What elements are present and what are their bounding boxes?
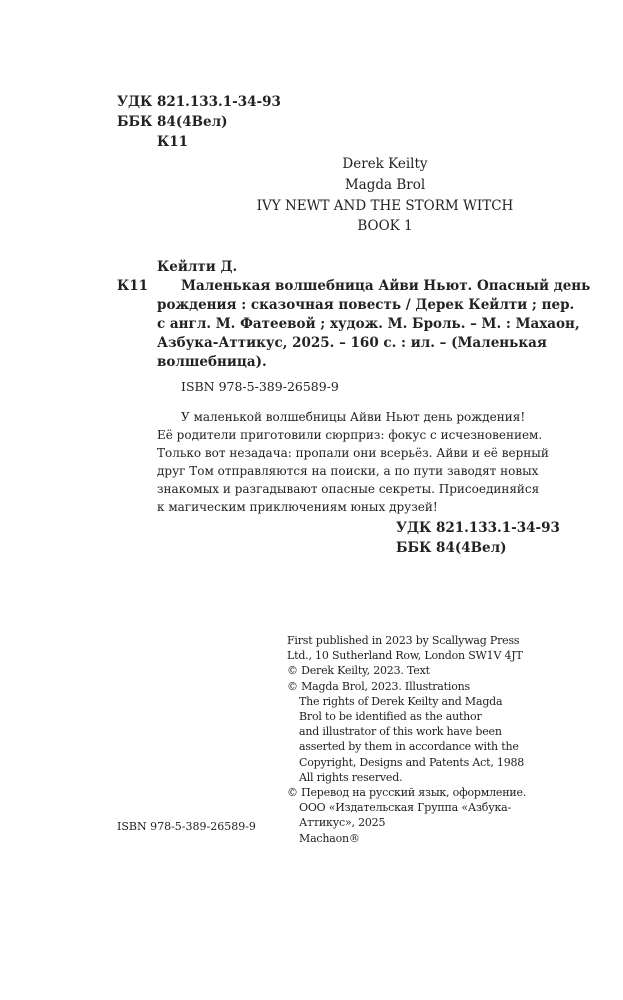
isbn: ISBN 978-5-389-26589-9: [181, 379, 339, 394]
bibliographic-line-5: волшебница).: [157, 354, 267, 370]
author-sign-code: К11: [157, 132, 188, 152]
copyright-line: Аттикус», 2025: [287, 815, 526, 830]
annotation-line-2: Её родители приготовили сюрприз: фокус с…: [157, 428, 542, 442]
original-author-1: Derek Keilty: [150, 154, 620, 175]
original-author-2: Magda Brol: [150, 175, 620, 196]
bibliographic-line-4: Азбука-Аттикус, 2025. – 160 с. : ил. – (…: [157, 335, 547, 351]
udk-code: УДК 821.133.1-34-93: [117, 92, 281, 112]
copyright-line: Ltd., 10 Sutherland Row, London SW1V 4JT: [287, 648, 526, 663]
copyright-block: First published in 2023 by Scallywag Pre…: [287, 633, 526, 846]
copyright-line: The rights of Derek Keilty and Magda: [287, 694, 526, 709]
annotation-line-3: Только вот незадача: пропали они всерьёз…: [157, 446, 549, 460]
annotation-line-1: У маленькой волшебницы Айви Ньют день ро…: [181, 410, 525, 424]
bibliographic-code: К11: [117, 278, 148, 294]
isbn-footer: ISBN 978-5-389-26589-9: [117, 820, 256, 833]
bibliographic-line-1: Маленькая волшебница Айви Ньют. Опасный …: [181, 278, 590, 294]
annotation-line-6: к магическим приключениям юных друзей!: [157, 500, 438, 514]
annotation-line-4: друг Том отправляются на поиски, а по пу…: [157, 464, 538, 478]
bbk-code: ББК 84(4Вел): [117, 112, 228, 132]
copyright-line: Machaon®: [287, 831, 526, 846]
copyright-line: ООО «Издательская Группа «Азбука-: [287, 800, 526, 815]
author-heading: Кейлти Д.: [157, 259, 237, 275]
original-title: IVY NEWT AND THE STORM WITCH: [150, 196, 620, 217]
copyright-line: Copyright, Designs and Patents Act, 1988: [287, 755, 526, 770]
annotation-line-5: знакомых и разгадывают опасные секреты. …: [157, 482, 539, 496]
copyright-line: asserted by them in accordance with the: [287, 739, 526, 754]
copyright-line: © Перевод на русский язык, оформление.: [287, 785, 526, 800]
copyright-line: © Magda Brol, 2023. Illustrations: [287, 679, 526, 694]
copyright-line: © Derek Keilty, 2023. Text: [287, 663, 526, 678]
copyright-line: All rights reserved.: [287, 770, 526, 785]
footer-udk-code: УДК 821.133.1-34-93: [396, 520, 560, 536]
copyright-line: First published in 2023 by Scallywag Pre…: [287, 633, 526, 648]
original-book-number: BOOK 1: [150, 216, 620, 237]
bibliographic-line-2: рождения : сказочная повесть / Дерек Кей…: [157, 297, 574, 313]
bibliographic-line-3: с англ. М. Фатеевой ; худож. М. Броль. –…: [157, 316, 580, 332]
copyright-line: and illustrator of this work have been: [287, 724, 526, 739]
copyright-line: Brol to be identified as the author: [287, 709, 526, 724]
footer-bbk-code: ББК 84(4Вел): [396, 540, 507, 556]
